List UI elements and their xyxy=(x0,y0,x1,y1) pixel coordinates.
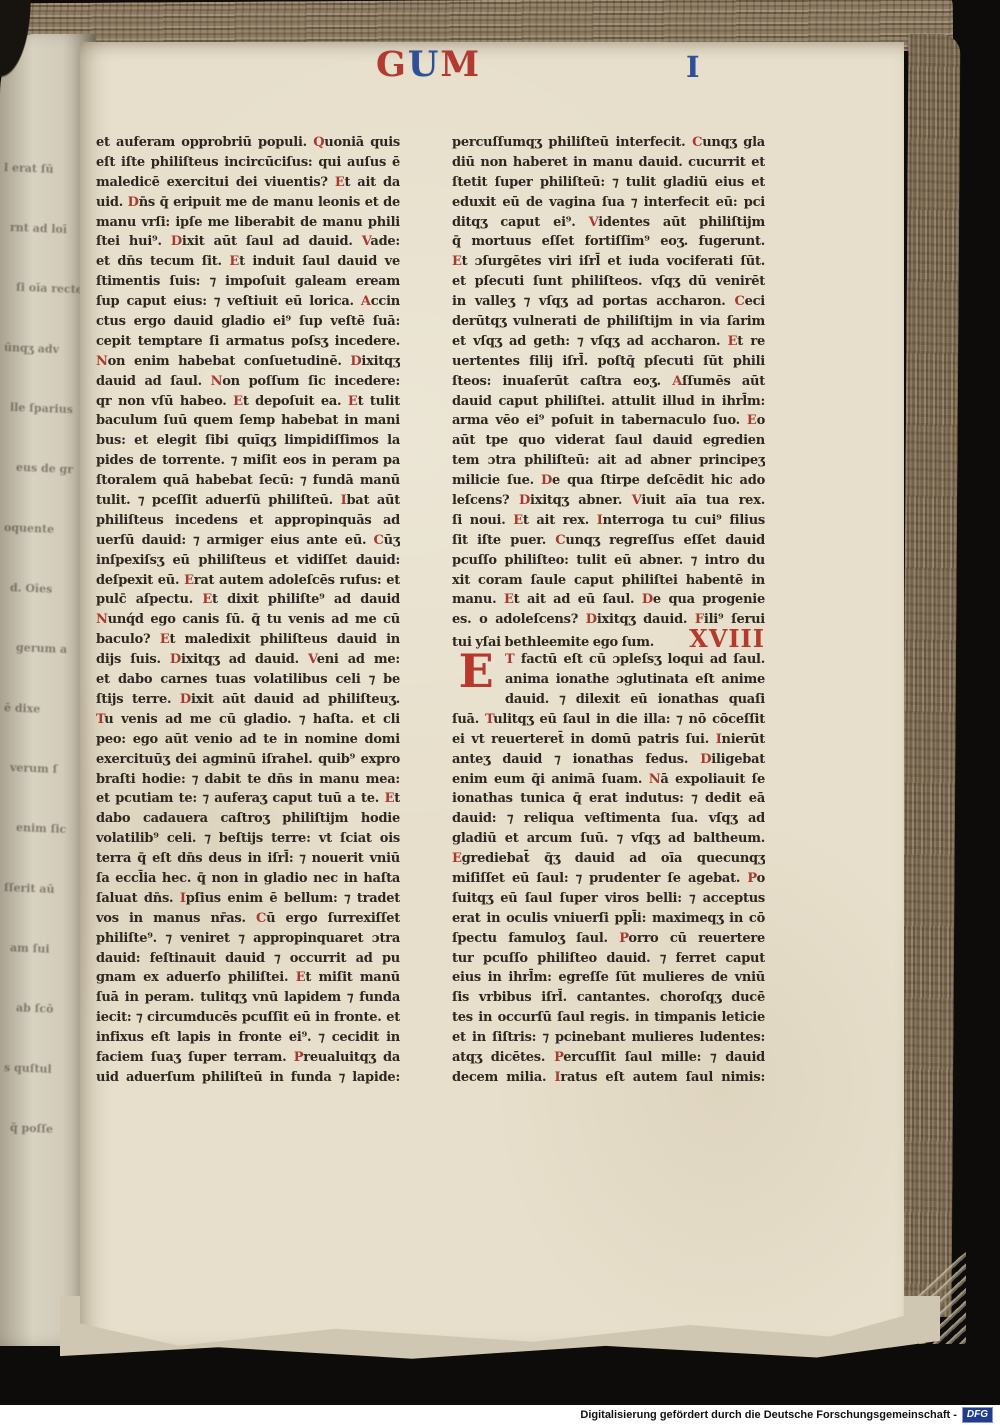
text-line: et dabo carnes tuas volatilibus celi ⁊ b… xyxy=(96,670,400,690)
text-line: pcuſſo philiſteo: tulit eū abner. ⁊ intr… xyxy=(452,551,765,571)
text-line: xit coram ſaule caput philiſtei habentē … xyxy=(452,571,765,591)
text-line: ſuā in peram. tulitqʒ vnū lapidem ⁊ fund… xyxy=(96,988,400,1008)
attribution-text: Digitalisierung gefördert durch die Deut… xyxy=(580,1409,957,1421)
text-line: ſit iſte puer. Cunqʒ regreſſus eſſet dau… xyxy=(452,531,765,551)
text-line: Tu venis ad me cū gladio. ⁊ haſta. et cl… xyxy=(96,710,400,730)
text-line: enim eum q̄i animā ſuam. Nā expoliauit ſ… xyxy=(452,770,765,790)
text-line: ſtetit ſuper philiſteū: ⁊ tulit gladiū e… xyxy=(452,173,765,193)
text-line: tulit. ⁊ pceſſit aduerſū philiſteū. Ibat… xyxy=(96,491,400,511)
gutter-text-fragment: ſſerit aū xyxy=(4,881,55,896)
text-line: ſtimentis ſuis: ⁊ impoſuit galeam eream xyxy=(96,272,400,292)
text-line: ſteos: inuaſerūt caſtra eoʒ. Aſſumēs aūt xyxy=(452,372,765,392)
text-line: philiſte⁹. ⁊ veniret ⁊ appropinquaret ɔt… xyxy=(96,929,400,949)
text-line: dauid: ⁊ reliqua veſtimenta ſua. vſqʒ ad xyxy=(452,809,765,829)
text-line: decem milia. Iratus eſt autem ſaul nimis… xyxy=(452,1068,765,1088)
text-line: anima ionathe ɔglutinata eſt anime xyxy=(505,670,765,690)
text-line: gladiū et arcum ſuū. ⁊ vſqʒ ad baltheum. xyxy=(452,829,765,849)
text-line: ctus ergo dauid gladio ei⁹ ſup veſtē ſuā… xyxy=(96,312,400,332)
text-line: milicie ſue. De qua ſtirpe deſcēdit hic … xyxy=(452,471,765,491)
text-line: uid aduerſum philiſteū in funda ⁊ lapide… xyxy=(96,1068,400,1088)
text-line: eius in ihrl̄m: egreſſe ſūt mulieres de … xyxy=(452,968,765,988)
chapter-number: XVIII xyxy=(689,631,765,647)
text-line: ſuā. Tulitqʒ eū ſaul in die illa: ⁊ nō c… xyxy=(452,710,765,730)
gutter-text-fragment: verum ſ xyxy=(10,761,58,776)
right-column-part-a: percuſſumqʒ philiſteū interfecit. Cunqʒ … xyxy=(452,133,765,630)
text-line: philiſteus incedens et appropinquās ad xyxy=(96,511,400,531)
text-line: dauid caput philiſtei. attulit illud in … xyxy=(452,392,765,412)
text-line: dauid ad ſaul. Non poſſum ſic incedere: xyxy=(96,372,400,392)
gutter-text-fragment: gerum a xyxy=(16,641,68,656)
gutter-text-fragment: eus de gr xyxy=(16,461,73,476)
text-line: diū non haberet in manu dauid. cucurrit … xyxy=(452,153,765,173)
text-line: eſt iſte philiſteus incircūciſus: qui au… xyxy=(96,153,400,173)
gutter-text-fragment: lle ſparius xyxy=(10,401,73,416)
text-line: et in ſiſtris: ⁊ pcinebant mulieres lude… xyxy=(452,1028,765,1048)
text-line: volatilib⁹ celi. ⁊ beſtijs terre: vt ſci… xyxy=(96,829,400,849)
text-line: ſi noui. Et ait rex. Interroga tu cui⁹ f… xyxy=(452,511,765,531)
text-line: erat in oculis vniuerſi ppl̄i: maximeqʒ … xyxy=(452,909,765,929)
text-line: ionathas tunica q̄ erat indutus: ⁊ dedit… xyxy=(452,789,765,809)
chapter-transition-line: tui yſai bethleemite ego ſum. XVIII xyxy=(452,630,765,650)
text-line: uertentes filij iſrl̄. poſtq̄ pſecuti ſū… xyxy=(452,352,765,372)
gutter-text-fragment: s quſtul xyxy=(4,1061,52,1076)
text-line: arma vēo ei⁹ poſuit in tabernaculo ſuo. … xyxy=(452,411,765,431)
text-line: miſiſſet eū ſaul: ⁊ prudenter ſe agebat.… xyxy=(452,869,765,889)
chapter-opening: E T factū eſt cū ɔpleſsʒ loqui ad ſaul.a… xyxy=(452,650,765,690)
text-line: dauid: feſtinauit dauid ⁊ occurrit ad pu xyxy=(96,949,400,969)
gutter-text-fragment: l erat ſū xyxy=(4,161,54,176)
text-line: et pſecuti ſunt philiſteos. vſqʒ dū veni… xyxy=(452,272,765,292)
text-line: et pcutiam te: ⁊ auferaʒ caput tuū a te.… xyxy=(96,789,400,809)
text-line: leſcens? Dixitqʒ abner. Viuit aīa tua re… xyxy=(452,491,765,511)
text-line: terra q̄ eſt dn̄s deus in iſrl̄: ⁊ nouer… xyxy=(96,849,400,869)
text-line: Non enim habebat conſuetudinē. Dixitqʒ xyxy=(96,352,400,372)
text-line: braſti hodie: ⁊ dabit te dn̄s in manu me… xyxy=(96,770,400,790)
text-line: atqʒ dicētes. Percuſſit ſaul mille: ⁊ da… xyxy=(452,1048,765,1068)
text-line: ſuitqʒ eū ſaul ſuper viros belli: ⁊ acce… xyxy=(452,889,765,909)
text-line: maledicē exercitui dei viuentis? Et ait … xyxy=(96,173,400,193)
text-line: tem ɔtra philiſteū: ait ad abner princip… xyxy=(452,451,765,471)
text-line: et dn̄s tecum ſit. Et induit ſaul dauid … xyxy=(96,252,400,272)
text-line: deſpexit eū. Erat autem adoleſcēs rufus:… xyxy=(96,571,400,591)
text-line: et vſqʒ ad geth: ⁊ vſqʒ ad accharon. Et … xyxy=(452,332,765,352)
running-title: GUM xyxy=(376,46,481,84)
dfg-attribution-bar: Digitalisierung gefördert durch die Deut… xyxy=(0,1405,1000,1425)
gutter-text-fragment: ſi oīa recte xyxy=(16,281,83,297)
text-line: uerſū dauid: ⁊ armiger eius ante eū. Cūʒ xyxy=(96,531,400,551)
text-line: pulc̄ aſpectu. Et dixit philiſte⁹ ad dau… xyxy=(96,590,400,610)
text-line: manu. Et ait ad eū ſaul. De qua progenie xyxy=(452,590,765,610)
text-line: ſtijs terre. Dixit aūt dauid ad philiſte… xyxy=(96,690,400,710)
text-line: ſup caput eius: ⁊ veſtiuit eū lorica. Ac… xyxy=(96,292,400,312)
text-line: ſaluat dn̄s. Ipſius enim ē bellum: ⁊ tra… xyxy=(96,889,400,909)
gutter-text-fragment: ē dixe xyxy=(4,701,41,715)
text-line: inſpexiſsʒ eū philiſteus et vidiſſet dau… xyxy=(96,551,400,571)
text-line: qr non vſū habeo. Et depoſuit ea. Et tul… xyxy=(96,392,400,412)
gutter-text-fragment: q̄ poſſe xyxy=(10,1121,53,1136)
page-edges-fore xyxy=(900,34,961,1317)
running-title-letter: U xyxy=(408,44,441,85)
text-line: gnam ex aduerſo philiſtei. Et miſit manū xyxy=(96,968,400,988)
text-line: et auferam opprobriū populi. Quoniā quis xyxy=(96,133,400,153)
text-line: derūtqʒ vulnerati de philiſtijm in via ſ… xyxy=(452,312,765,332)
text-line: iecit: ⁊ circumducēs pcuſſit eū in front… xyxy=(96,1008,400,1028)
digitized-book-photograph: { "header": { "running_title": { "letter… xyxy=(0,0,1000,1425)
text-line: ſtoralem quā habebat ſecū: ⁊ fundā manū xyxy=(96,471,400,491)
text-line: ei vt reuerteret̄ in domū patris ſui. In… xyxy=(452,730,765,750)
gutter-text-fragment: ūnqʒ adv xyxy=(4,341,59,356)
text-line: aūt tpe quo viderat ſaul dauid egredien xyxy=(452,431,765,451)
right-column-part-c: dauid. ⁊ dilexit eū ionathas quaſi animā… xyxy=(452,690,765,1088)
text-line: dabo cadauera caſtroʒ philiſtijm hodie xyxy=(96,809,400,829)
book-number: I xyxy=(686,52,700,82)
gutter-text-fragment: rnt ad loī xyxy=(10,221,68,236)
text-line: eduxit eū de vagina ſua ⁊ interfecit eū:… xyxy=(452,193,765,213)
text-line: Et ɔſurgētes viri iſrl̄ et iuda vocifera… xyxy=(452,252,765,272)
text-line: pides de torrente. ⁊ miſit eos in peram … xyxy=(96,451,400,471)
text-line: ditqʒ caput ei⁹. Videntes aūt philiſtijm xyxy=(452,213,765,233)
text-line: cepit temptare ſi armatus poſsʒ incedere… xyxy=(96,332,400,352)
right-column: percuſſumqʒ philiſteū interfecit. Cunqʒ … xyxy=(452,133,765,1088)
text-line: Nunq́d ego canis ſū. q̄ tu venis ad me c… xyxy=(96,610,400,630)
text-line: tes in occurſū ſaul regis. in timpanis l… xyxy=(452,1008,765,1028)
text-line: dauid. ⁊ dilexit eū ionathas quaſi animā xyxy=(505,690,765,710)
text-line: tur pcuſſo philiſteo dauid. ⁊ ferret cap… xyxy=(452,949,765,969)
text-line: ſtei hui⁹. Dixit aūt ſaul ad dauid. Vade… xyxy=(96,232,400,252)
text-line: ſa eccl̄ia hec. q̄ non in gladio nec in … xyxy=(96,869,400,889)
gutter-text-fragment: d. Oīes xyxy=(10,581,53,596)
text-line: uid. Dn̄s q̄ eripuit me de manu leonis e… xyxy=(96,193,400,213)
gutter-text-fragment: am ſui xyxy=(10,941,50,956)
text-line: baculo? Et maledixit philiſteus dauid in xyxy=(96,630,400,650)
gutter-text-fragment: ab ſcō xyxy=(16,1001,54,1015)
text-line: anteʒ dauid ⁊ ionathas fedus. Diligebat xyxy=(452,750,765,770)
dfg-logo: DFG xyxy=(962,1407,993,1423)
decorated-initial: E xyxy=(452,651,500,691)
text-line: manu vrſi: ipſe me liberabit de manu phi… xyxy=(96,213,400,233)
left-column: et auferam opprobriū populi. Quoniā quis… xyxy=(96,133,400,1088)
running-title-letter: M xyxy=(440,44,481,85)
text-line: in valleʒ ⁊ vſqʒ ad portas accharon. Cec… xyxy=(452,292,765,312)
text-line: baculum ſuū quem ſemp habebat in mani xyxy=(96,411,400,431)
photograph-backdrop: l erat ſūrnt ad loīſi oīa recteūnqʒ advl… xyxy=(0,0,1000,1405)
text-line: infixus eſt lapis in fronte ei⁹. ⁊ cecid… xyxy=(96,1028,400,1048)
text-line: exercituūʒ dei agminū iſrahel. quib⁹ exp… xyxy=(96,750,400,770)
running-title-letter: G xyxy=(376,44,408,85)
text-line: faciem ſuaʒ ſuper terram. Preualuitqʒ da xyxy=(96,1048,400,1068)
text-line: ſpectu famuloʒ ſaul. Porro cū reuertere xyxy=(452,929,765,949)
text-line: ſis vrbibus iſrl̄. cantantes. choroſqʒ d… xyxy=(452,988,765,1008)
text-line: dijs ſuis. Dixitqʒ ad dauid. Veni ad me: xyxy=(96,650,400,670)
binding-shadow xyxy=(0,0,52,130)
gutter-text-fragment: enim ſic xyxy=(16,821,67,836)
text-line: Egrediebat̄ q̄ʒ dauid ad oīa quecunqʒ xyxy=(452,849,765,869)
text-line: q̄ mortuus eſſet fortiſſim⁹ eoʒ. fugerun… xyxy=(452,232,765,252)
text-line: T factū eſt cū ɔpleſsʒ loqui ad ſaul. xyxy=(505,650,765,670)
gutter-text-fragment: oquente xyxy=(4,521,55,536)
manuscript-page: GUM I et auferam opprobriū populi. Quoni… xyxy=(80,42,904,1347)
text-line: vos in manus nr̄as. Cū ergo ſurrexiſſet xyxy=(96,909,400,929)
text-line: peo: ego aūt venio ad te in nomine domi xyxy=(96,730,400,750)
text-line: percuſſumqʒ philiſteū interfecit. Cunqʒ … xyxy=(452,133,765,153)
text-line: bus: et elegit ſibi quīqʒ limpidiſſimos … xyxy=(96,431,400,451)
